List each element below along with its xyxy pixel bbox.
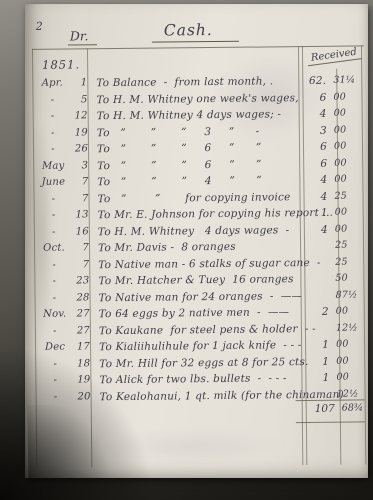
entry-amount-dollars: 1: [299, 370, 331, 387]
entry-month: Nov.: [37, 306, 73, 323]
entry-month: -: [37, 356, 73, 373]
entry-amount-dollars: [298, 287, 330, 304]
ledger-page-content: 2 Dr. Cash. Received 1851. Apr. 1: [24, 2, 372, 480]
entry-amount-dollars: [298, 254, 330, 271]
entry-amount-cents: 00: [332, 122, 360, 139]
entry-day: 7: [72, 257, 89, 274]
entry-amount-cents: 00: [334, 369, 362, 386]
entry-day: 16: [72, 224, 89, 241]
entry-amount-cents: 12½: [335, 386, 363, 403]
entry-month: May: [35, 158, 71, 175]
entry-amount-cents: 00: [333, 204, 361, 221]
entry-day: 19: [71, 125, 88, 142]
total-dollars: 107: [304, 403, 338, 415]
entry-day: 18: [73, 356, 90, 373]
entry-amount-dollars: 6: [297, 139, 329, 156]
entry-amount-cents: 00: [334, 303, 362, 320]
entry-amount-cents: 50: [333, 270, 361, 287]
entry-day: 27: [73, 306, 90, 323]
entry-amount-dollars: 1: [298, 205, 330, 222]
entry-month: -: [36, 207, 72, 224]
entry-amount-cents: 00: [333, 221, 361, 238]
entry-day: 12: [71, 108, 88, 125]
total-rule-bottom: [296, 421, 365, 423]
entry-amount-cents: 87½: [333, 287, 361, 304]
entry-amount-cents: 25: [333, 237, 361, 254]
entry-month: -: [35, 141, 71, 158]
received-column-header: Received: [306, 46, 361, 66]
entry-month: -: [35, 125, 71, 142]
total-row: 107 68¾: [304, 402, 368, 415]
entry-amount-dollars: 1: [299, 337, 331, 354]
entry-amount-dollars: 6: [297, 155, 329, 172]
entry-month: -: [37, 323, 73, 340]
entry-day: 28: [72, 290, 89, 307]
entry-amount-dollars: 6: [296, 89, 328, 106]
entry-month: Oct.: [36, 240, 72, 257]
entry-amount-cents: 25: [333, 254, 361, 271]
entry-day: 26: [71, 141, 88, 158]
entry-amount-cents: 00: [331, 89, 359, 106]
entry-description: To Kealohanui, 1 qt. milk (for the china…: [91, 387, 300, 406]
entry-amount-dollars: 4: [297, 172, 329, 189]
entry-month: -: [36, 273, 72, 290]
entry-day: 13: [72, 207, 89, 224]
scanned-ledger-photo: 2 Dr. Cash. Received 1851. Apr. 1: [0, 0, 373, 500]
entry-month: -: [34, 92, 70, 109]
entry-amount-cents: 25: [332, 188, 360, 205]
entry-day: 17: [73, 339, 90, 356]
page-title: Cash.: [152, 21, 239, 43]
entry-amount-cents: 12½: [334, 320, 362, 337]
entry-day: 23: [72, 273, 89, 290]
entry-amount-dollars: 4: [298, 221, 330, 238]
entry-amount-cents: 00: [332, 105, 360, 122]
ink-bleed-smudge: [98, 428, 288, 464]
year-label: 1851.: [42, 57, 80, 71]
entry-day: 20: [74, 389, 91, 406]
entry-day: 3: [71, 158, 88, 175]
entry-month: -: [37, 372, 73, 389]
debit-column-label: Dr.: [68, 28, 97, 45]
entry-amount-dollars: 4: [297, 106, 329, 123]
ledger-table: Apr. 1 To Balance - from last month, . 6…: [24, 72, 370, 406]
entry-amount-dollars: [298, 271, 330, 288]
entry-day: 7: [71, 191, 88, 208]
entry-amount-cents: 00: [332, 155, 360, 172]
ledger-paper: 2 Dr. Cash. Received 1851. Apr. 1: [25, 4, 368, 478]
entry-month: Dec: [37, 339, 73, 356]
entry-month: -: [35, 108, 71, 125]
entry-month: -: [35, 191, 71, 208]
entry-month: -: [38, 389, 74, 406]
entry-month: June: [35, 174, 71, 191]
entry-month: -: [36, 224, 72, 241]
entry-amount-dollars: 2: [299, 304, 331, 321]
header-rule: [32, 45, 364, 49]
entry-amount-cents: 00: [332, 171, 360, 188]
entry-month: Apr.: [34, 75, 70, 92]
entry-day: 19: [73, 372, 90, 389]
entry-amount-dollars: 62.: [296, 73, 328, 90]
page-corner-shadow: [28, 404, 124, 480]
entry-day: 1: [70, 75, 87, 92]
entry-day: 7: [71, 174, 88, 191]
entry-day: 5: [70, 92, 87, 109]
entry-amount-cents: 31¼: [331, 72, 359, 89]
entry-amount-dollars: [299, 320, 331, 337]
entry-amount-cents: 00: [334, 353, 362, 370]
entry-month: -: [36, 290, 72, 307]
entry-amount-dollars: 4: [297, 188, 329, 205]
entry-day: 27: [73, 323, 90, 340]
entry-amount-cents: 00: [332, 138, 360, 155]
total-cents: 68¾: [342, 402, 368, 414]
page-number: 2: [36, 20, 43, 33]
entry-amount-dollars: 3: [297, 122, 329, 139]
entry-amount-dollars: 1: [299, 353, 331, 370]
entry-month: -: [36, 257, 72, 274]
entry-day: 7: [72, 240, 89, 257]
entry-amount-cents: 00: [334, 336, 362, 353]
entry-amount-dollars: [298, 238, 330, 255]
entry-amount-dollars: [300, 386, 332, 403]
